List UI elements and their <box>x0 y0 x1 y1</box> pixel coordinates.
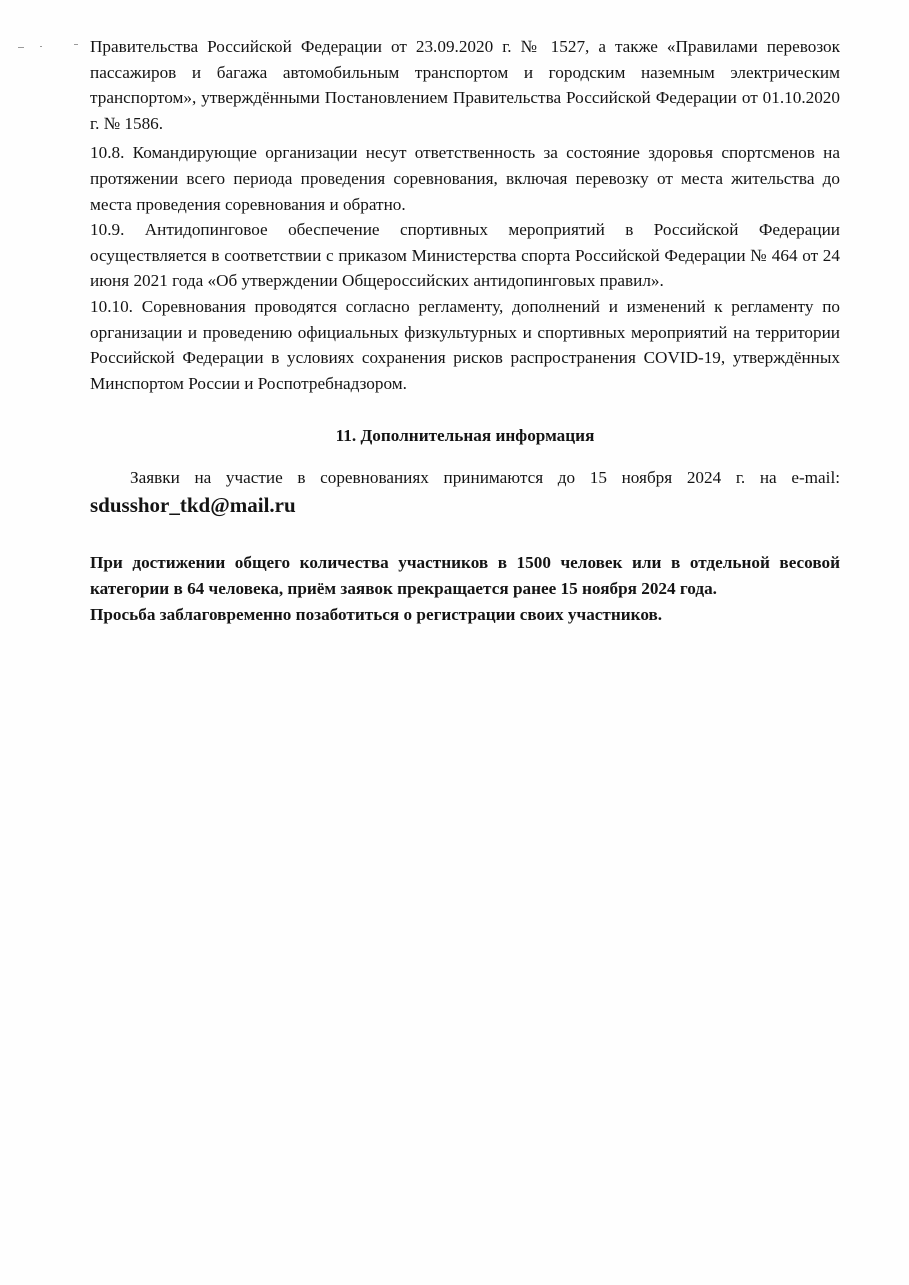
notice-request-text: Просьба заблаговременно позаботиться о р… <box>90 602 840 628</box>
document-page: Правительства Российской Федерации от 23… <box>0 0 909 1285</box>
registration-notice: При достижении общего количества участни… <box>90 550 840 628</box>
clause-10-10: 10.10. Соревнования проводятся согласно … <box>90 294 840 396</box>
scan-artifact-marks <box>18 44 78 50</box>
notice-limit-text: При достижении общего количества участни… <box>90 550 840 602</box>
clause-10-8: 10.8. Командирующие организации несут от… <box>90 140 840 217</box>
continuation-paragraph: Правительства Российской Федерации от 23… <box>90 34 840 136</box>
applications-text: Заявки на участие в соревнованиях приним… <box>90 465 840 491</box>
clause-10-9: 10.9. Антидопинговое обеспечение спортив… <box>90 217 840 294</box>
regulations-text-block: Правительства Российской Федерации от 23… <box>90 34 840 396</box>
contact-email[interactable]: sdusshor_tkd@mail.ru <box>90 491 840 519</box>
section-heading-additional-info: 11. Дополнительная информация <box>90 424 840 448</box>
applications-block: Заявки на участие в соревнованиях приним… <box>90 465 840 519</box>
